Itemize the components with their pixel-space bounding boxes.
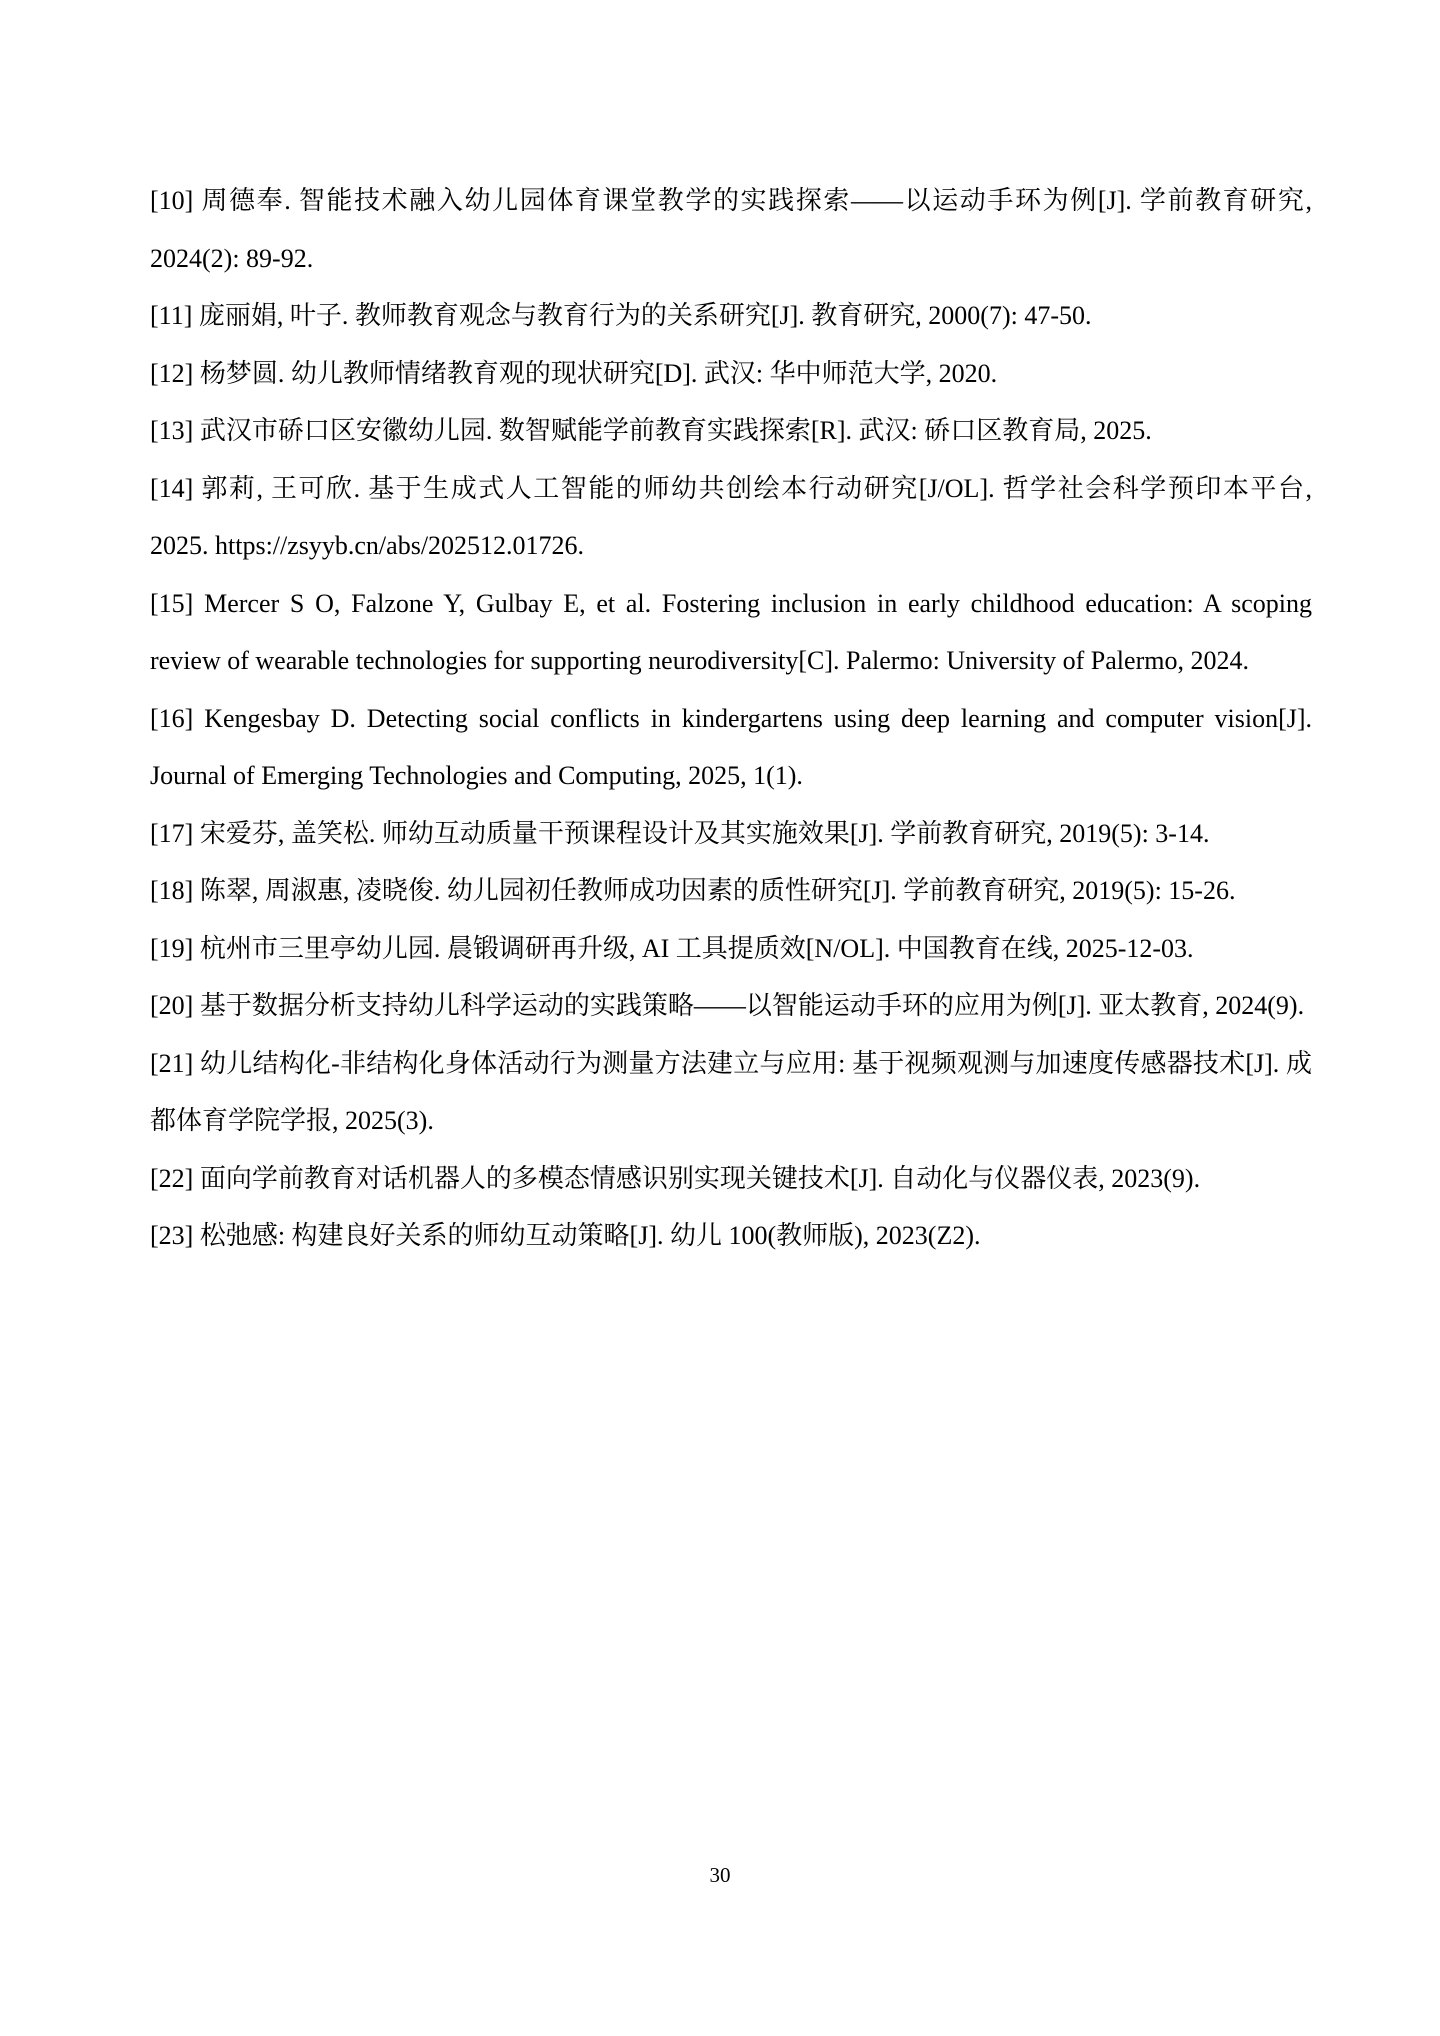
reference-item: [19] 杭州市三里亭幼儿园. 晨锻调研再升级, AI 工具提质效[N/OL].… [150, 920, 1312, 978]
reference-label: [20] [150, 991, 193, 1020]
reference-text: Mercer S O, Falzone Y, Gulbay E, et al. … [150, 589, 1312, 676]
reference-text: 松弛感: 构建良好关系的师幼互动策略[J]. 幼儿 100(教师版), 2023… [200, 1221, 981, 1250]
reference-text: 武汉市硚口区安徽幼儿园. 数智赋能学前教育实践探索[R]. 武汉: 硚口区教育局… [200, 416, 1152, 445]
reference-text: 基于数据分析支持幼儿科学运动的实践策略——以智能运动手环的应用为例[J]. 亚太… [200, 991, 1304, 1020]
reference-label: [10] [150, 186, 193, 215]
reference-text: Kengesbay D. Detecting social conflicts … [150, 704, 1312, 791]
reference-item: [18] 陈翠, 周淑惠, 凌晓俊. 幼儿园初任教师成功因素的质性研究[J]. … [150, 862, 1312, 920]
reference-item: [16] Kengesbay D. Detecting social confl… [150, 690, 1312, 805]
reference-label: [11] [150, 301, 192, 330]
reference-text: 陈翠, 周淑惠, 凌晓俊. 幼儿园初任教师成功因素的质性研究[J]. 学前教育研… [200, 876, 1236, 905]
reference-label: [13] [150, 416, 193, 445]
reference-item: [12] 杨梦圆. 幼儿教师情绪教育观的现状研究[D]. 武汉: 华中师范大学,… [150, 345, 1312, 403]
reference-item: [14] 郭莉, 王可欣. 基于生成式人工智能的师幼共创绘本行动研究[J/OL]… [150, 460, 1312, 575]
reference-item: [20] 基于数据分析支持幼儿科学运动的实践策略——以智能运动手环的应用为例[J… [150, 977, 1312, 1035]
reference-label: [18] [150, 876, 193, 905]
reference-label: [14] [150, 474, 193, 503]
reference-item: [23] 松弛感: 构建良好关系的师幼互动策略[J]. 幼儿 100(教师版),… [150, 1207, 1312, 1265]
reference-item: [13] 武汉市硚口区安徽幼儿园. 数智赋能学前教育实践探索[R]. 武汉: 硚… [150, 402, 1312, 460]
reference-text: 郭莉, 王可欣. 基于生成式人工智能的师幼共创绘本行动研究[J/OL]. 哲学社… [150, 474, 1312, 561]
reference-item: [21] 幼儿结构化-非结构化身体活动行为测量方法建立与应用: 基于视频观测与加… [150, 1035, 1312, 1150]
reference-label: [19] [150, 934, 193, 963]
reference-text: 杨梦圆. 幼儿教师情绪教育观的现状研究[D]. 武汉: 华中师范大学, 2020… [200, 359, 997, 388]
reference-text: 宋爱芬, 盖笑松. 师幼互动质量干预课程设计及其实施效果[J]. 学前教育研究,… [200, 819, 1210, 848]
reference-label: [23] [150, 1221, 193, 1250]
page-number: 30 [0, 1862, 1440, 1888]
document-page: [10] 周德奉. 智能技术融入幼儿园体育课堂教学的实践探索——以运动手环为例[… [0, 0, 1440, 2036]
reference-label: [22] [150, 1164, 193, 1193]
reference-text: 杭州市三里亭幼儿园. 晨锻调研再升级, AI 工具提质效[N/OL]. 中国教育… [200, 934, 1194, 963]
reference-item: [17] 宋爱芬, 盖笑松. 师幼互动质量干预课程设计及其实施效果[J]. 学前… [150, 805, 1312, 863]
reference-label: [15] [150, 589, 193, 618]
reference-label: [21] [150, 1049, 193, 1078]
reference-text: 面向学前教育对话机器人的多模态情感识别实现关键技术[J]. 自动化与仪器仪表, … [200, 1164, 1200, 1193]
reference-text: 周德奉. 智能技术融入幼儿园体育课堂教学的实践探索——以运动手环为例[J]. 学… [150, 186, 1312, 273]
reference-item: [10] 周德奉. 智能技术融入幼儿园体育课堂教学的实践探索——以运动手环为例[… [150, 172, 1312, 287]
references-list: [10] 周德奉. 智能技术融入幼儿园体育课堂教学的实践探索——以运动手环为例[… [150, 172, 1312, 1265]
reference-item: [22] 面向学前教育对话机器人的多模态情感识别实现关键技术[J]. 自动化与仪… [150, 1150, 1312, 1208]
reference-label: [16] [150, 704, 193, 733]
reference-text: 幼儿结构化-非结构化身体活动行为测量方法建立与应用: 基于视频观测与加速度传感器… [150, 1049, 1312, 1136]
reference-label: [17] [150, 819, 193, 848]
reference-item: [11] 庞丽娟, 叶子. 教师教育观念与教育行为的关系研究[J]. 教育研究,… [150, 287, 1312, 345]
reference-label: [12] [150, 359, 193, 388]
reference-item: [15] Mercer S O, Falzone Y, Gulbay E, et… [150, 575, 1312, 690]
reference-text: 庞丽娟, 叶子. 教师教育观念与教育行为的关系研究[J]. 教育研究, 2000… [199, 301, 1092, 330]
